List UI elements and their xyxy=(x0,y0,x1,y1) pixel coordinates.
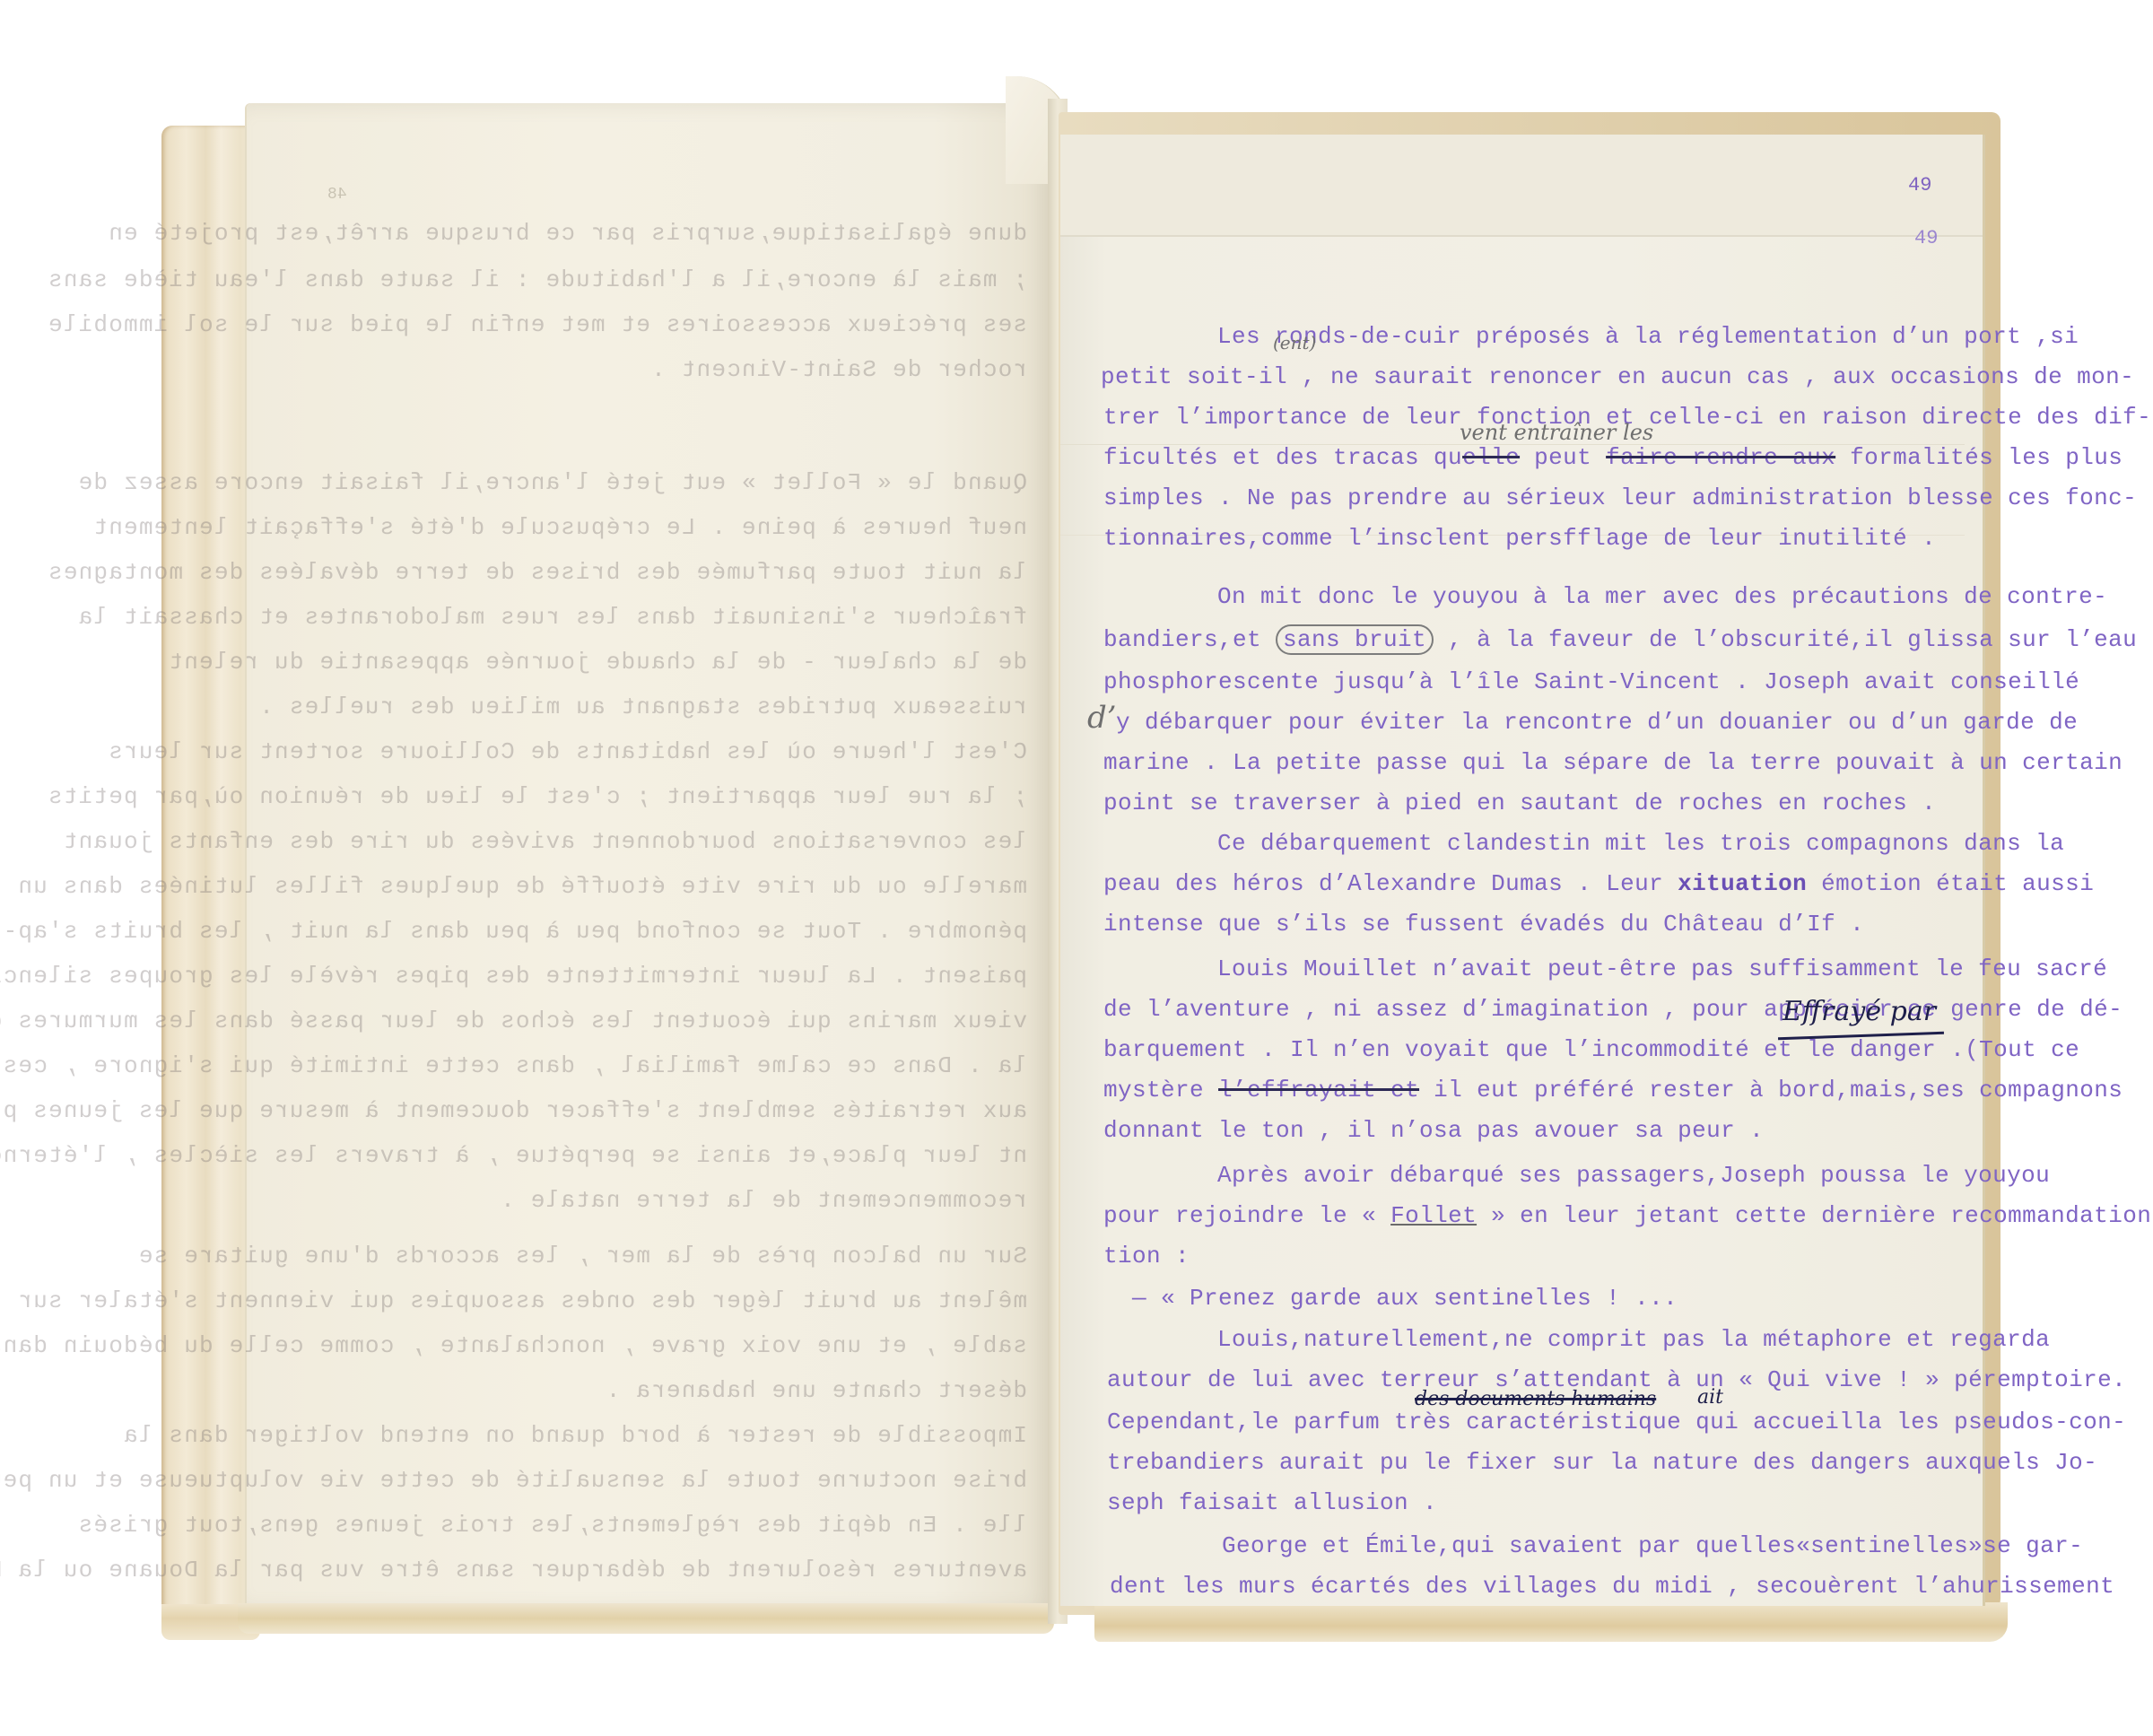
mirrored-line: pénombre . Tout se confond peu à peu dan… xyxy=(2,918,1027,945)
mirrored-line: ses précieux accessoires et met enfin le… xyxy=(48,311,1027,338)
typed-line: Les ronds-de-cuir préposés à la réglemen… xyxy=(1217,323,2079,350)
typed-line: peau des héros d’Alexandre Dumas . Leur … xyxy=(1103,870,2094,897)
mirrored-line: lle . En dépit des règlements,les trois … xyxy=(77,1512,1027,1539)
mirrored-line: ; mais là encore,il a l'habitude : il sa… xyxy=(48,266,1027,293)
pencil-annotation-d: d’ xyxy=(1087,700,1117,736)
typed-segment: il eut préféré rester à bord,mais,ses co… xyxy=(1419,1077,2122,1104)
typed-line: tion : xyxy=(1103,1243,1190,1269)
mirrored-line: Quand le « Follet » eut jeté l'ancre,il … xyxy=(77,469,1027,496)
typed-segment: peut xyxy=(1520,444,1606,471)
typed-line: dent les murs écartés des villages du mi… xyxy=(1110,1573,2114,1600)
typed-line: ficultés et des tracas quelle peut faire… xyxy=(1103,444,2122,471)
typed-line: de l’aventure , ni assez d’imagination ,… xyxy=(1103,996,2122,1023)
typed-line: pour rejoindre le « Follet » en leur jet… xyxy=(1103,1202,2151,1229)
typed-line: bandiers,et sans bruit , à la faveur de … xyxy=(1103,626,2137,653)
mirrored-line: neuf heures à peine . Le crépuscule d'ét… xyxy=(92,514,1027,541)
typed-line: On mit donc le youyou à la mer avec des … xyxy=(1217,583,2107,610)
typed-line: simples . Ne pas prendre au sérieux leur… xyxy=(1103,484,2137,511)
typed-line: seph faisait allusion . xyxy=(1107,1489,1437,1516)
mirrored-line: fraîcheur s'insinuait dans les rues malo… xyxy=(77,604,1027,631)
typed-segment: peau des héros d’Alexandre Dumas . Leur xyxy=(1103,870,1678,897)
typed-segment: formalités les plus xyxy=(1835,444,2122,471)
circled-phrase: sans bruit xyxy=(1276,624,1434,655)
ink-annotation-ait: ait xyxy=(1697,1386,1723,1409)
typed-segment: » en leur jetant cette dernière recomman… xyxy=(1477,1202,2151,1229)
typed-segment: ficultés et des tracas qu xyxy=(1103,444,1462,471)
typed-line: tionnaires,comme l’insclent persfflage d… xyxy=(1103,525,1936,552)
typed-line: Ce débarquement clandestin mit les trois… xyxy=(1217,830,2064,857)
left-page-stack-edges xyxy=(161,126,260,1615)
mirrored-line: nt leur place,et ainsi se perpétue , à t… xyxy=(0,1142,1027,1169)
mirrored-line: aventures résolurent de débarquer sans ê… xyxy=(0,1557,1027,1583)
typed-line: phosphorescente jusqu’à l’île Saint-Vinc… xyxy=(1103,668,2079,695)
right-page-recto: 49 49 Les ronds-de-cuir préposés à la ré… xyxy=(1060,135,1985,1606)
mirrored-line: les conversations bourdonnent avivées du… xyxy=(63,828,1027,855)
struck-word: elle xyxy=(1462,444,1520,471)
typed-line: petit soit-il , ne saurait renoncer en a… xyxy=(1101,363,2134,390)
pencil-annotation-ent: (ent) xyxy=(1273,332,1316,353)
typed-segment: mystère xyxy=(1103,1077,1218,1104)
typed-line: — « Prenez garde aux sentinelles ! ... xyxy=(1132,1285,1678,1312)
mirrored-line: Sur un balcon près de la mer , les accor… xyxy=(138,1243,1027,1269)
typed-line: George et Émile,qui savaient par quelles… xyxy=(1222,1532,2083,1559)
ink-annotation-struck: des documents humains xyxy=(1415,1388,1656,1410)
typed-line: barquement . Il n’en voyait que l’incomm… xyxy=(1103,1036,2079,1063)
mirrored-line: la nuit toute parfumée des brises de ter… xyxy=(48,559,1027,586)
mirrored-line: rocher de Saint-Vincent . xyxy=(650,356,1027,383)
typed-segment: , à la faveur de l’obscurité,il glissa s… xyxy=(1434,626,2137,653)
mirrored-line: mêlent au bruit léger des ondes assoupie… xyxy=(0,1287,1027,1314)
struck-annotation: des documents humains xyxy=(1415,1388,1656,1410)
mirrored-line: vieux marins qui écoutent les échos de l… xyxy=(0,1008,1027,1034)
mirrored-line: sable , et une voix grave , nonchalante … xyxy=(0,1332,1027,1359)
typed-line: trebandiers aurait pu le fixer sur la na… xyxy=(1107,1449,2097,1476)
mirrored-line: C'est l'heure où les habitants de Collio… xyxy=(108,738,1027,765)
mirrored-line: paisent . La lueur intermittente des pip… xyxy=(0,963,1027,990)
typed-line: Louis Mouillet n’avait peut-être pas suf… xyxy=(1217,955,2107,982)
typed-line: intense que s’ils se fussent évadés du C… xyxy=(1103,911,1864,938)
left-page-number: 48 xyxy=(327,186,347,204)
underlined-word: Follet xyxy=(1390,1202,1477,1229)
typed-line: Cependant,le parfum très caractéristique… xyxy=(1107,1409,2126,1435)
typed-segment: émotion était aussi xyxy=(1807,870,2094,897)
typed-segment: pour rejoindre le « xyxy=(1103,1202,1390,1229)
mirrored-line: ; la rue leur appartient ; c'est le lieu… xyxy=(48,783,1027,810)
mirrored-line: de la chaleur - de la chaude journée app… xyxy=(168,649,1027,676)
struck-words: faire rendre aux xyxy=(1606,444,1835,471)
left-page-bottom-edge xyxy=(238,1603,1054,1634)
mirrored-line: Impossible de rester à bord quand on ent… xyxy=(123,1422,1027,1449)
mirrored-line: dune égalisatique,surpris par ce brusque… xyxy=(108,220,1027,247)
typed-segment: bandiers,et xyxy=(1103,626,1276,653)
left-page-verso: 48 dune égalisatique,surpris par ce brus… xyxy=(247,103,1054,1610)
open-manuscript-book: 48 dune égalisatique,surpris par ce brus… xyxy=(0,0,2153,1736)
overstruck-word: xituation xyxy=(1678,870,1807,897)
typed-line: mystère l’effrayait et il eut préféré re… xyxy=(1103,1077,2122,1104)
pencil-annotation-insertion: vent entraîner les xyxy=(1460,420,1653,445)
typed-line: donnant le ton , il n’osa pas avouer sa … xyxy=(1103,1117,1764,1144)
mirrored-line: la . Dans ce calme familial , dans cette… xyxy=(2,1052,1027,1079)
typed-line: Après avoir débarqué ses passagers,Josep… xyxy=(1217,1162,2050,1189)
struck-phrase: l’effrayait et xyxy=(1218,1077,1419,1104)
mirrored-line: désert chante une habanera . xyxy=(606,1377,1027,1404)
typed-line: Louis,naturellement,ne comprit pas la mé… xyxy=(1217,1326,2050,1353)
mirrored-line: brise nocturne toute la sensualité de ce… xyxy=(0,1467,1027,1494)
mirrored-line: recommencement de la terre natale . xyxy=(500,1187,1027,1214)
ink-annotation-effraye-par: Effrayé par xyxy=(1783,996,1936,1027)
mirrored-line: ruisseaux putrides stagnant au milieu de… xyxy=(258,694,1027,720)
mirrored-line: aux retraités semblent s'effacer douceme… xyxy=(0,1097,1027,1124)
mirrored-line: marelle ou du rire vite étouffé de quelq… xyxy=(17,873,1027,900)
typed-line: marine . La petite passe qui la sépare d… xyxy=(1103,749,2122,776)
typed-line: y débarquer pour éviter la rencontre d’u… xyxy=(1116,709,2078,736)
typed-line: point se traverser à pied en sautant de … xyxy=(1103,789,1936,816)
typescript-body: Les ronds-de-cuir préposés à la réglemen… xyxy=(1060,135,1983,1606)
